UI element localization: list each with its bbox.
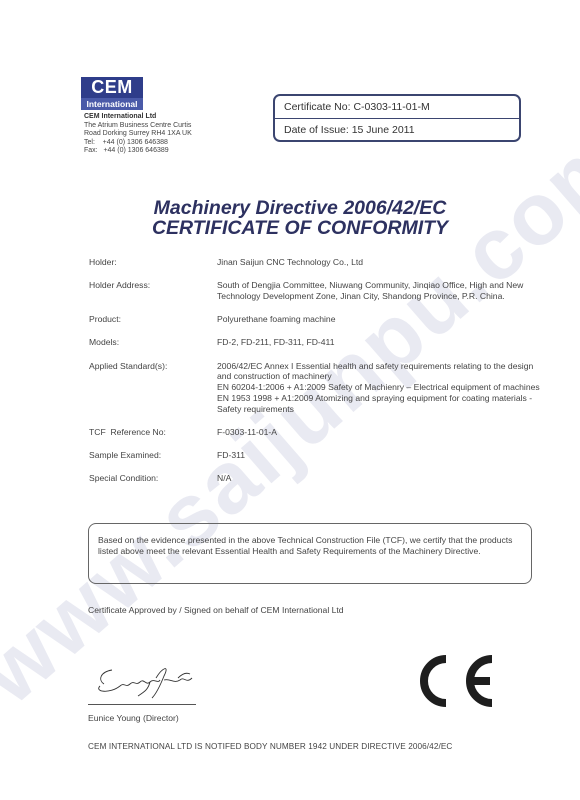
detail-value-line: EN 60204-1:2006 + A1:2009 Safety of Mach…: [217, 382, 549, 393]
detail-value-line: F-0303-11-01-A: [217, 427, 549, 438]
detail-value-line: Polyurethane foaming machine: [217, 314, 549, 325]
signature-image: [90, 662, 200, 702]
detail-row: Product:Polyurethane foaming machine: [89, 314, 549, 325]
certificate-info-box: Certificate No: C-0303-11-01-M Date of I…: [273, 94, 521, 142]
detail-label: Sample Examined:: [89, 450, 217, 461]
detail-value-line: N/A: [217, 473, 549, 484]
detail-label: Models:: [89, 337, 217, 348]
signer-name: Eunice Young (Director): [88, 713, 179, 723]
certificate-details: Holder:Jinan Saijun CNC Technology Co., …: [89, 257, 549, 496]
certificate-number: Certificate No: C-0303-11-01-M: [275, 96, 519, 118]
detail-label: Special Condition:: [89, 473, 217, 484]
ce-mark-icon: [410, 653, 498, 709]
issuer-address: CEM International Ltd The Atrium Busines…: [84, 113, 192, 156]
detail-label: TCF Reference No:: [89, 427, 217, 438]
signature-line: [88, 704, 196, 705]
detail-label: Holder:: [89, 257, 217, 268]
detail-value: Jinan Saijun CNC Technology Co., Ltd: [217, 257, 549, 268]
detail-label: Applied Standard(s):: [89, 361, 217, 415]
detail-value-line: FD-2, FD-211, FD-311, FD-411: [217, 337, 549, 348]
detail-value-line: Jinan Saijun CNC Technology Co., Ltd: [217, 257, 549, 268]
detail-row: Special Condition:N/A: [89, 473, 549, 484]
notified-body-footer: CEM INTERNATIONAL LTD IS NOTIFED BODY NU…: [88, 742, 452, 751]
detail-row: Applied Standard(s):2006/42/EC Annex I E…: [89, 361, 549, 415]
detail-label: Holder Address:: [89, 280, 217, 302]
detail-row: Holder Address:South of Dengjia Committe…: [89, 280, 549, 302]
address-line: Road Dorking Surrey RH4 1XA UK: [84, 130, 192, 139]
certificate-title: CERTIFICATE OF CONFORMITY: [0, 217, 580, 240]
fax-line: Fax: +44 (0) 1306 646389: [84, 147, 192, 156]
detail-value: Polyurethane foaming machine: [217, 314, 549, 325]
detail-value: FD-2, FD-211, FD-311, FD-411: [217, 337, 549, 348]
detail-value: N/A: [217, 473, 549, 484]
detail-row: Models:FD-2, FD-211, FD-311, FD-411: [89, 337, 549, 348]
address-line: The Atrium Business Centre Curtis: [84, 122, 192, 131]
detail-row: Sample Examined:FD-311: [89, 450, 549, 461]
detail-value: South of Dengjia Committee, Niuwang Comm…: [217, 280, 549, 302]
detail-row: TCF Reference No:F-0303-11-01-A: [89, 427, 549, 438]
certification-statement: Based on the evidence presented in the a…: [88, 523, 532, 584]
issuer-company: CEM International Ltd: [84, 113, 192, 122]
cem-logo: CEM International: [81, 77, 143, 110]
phone-line: Tel: +44 (0) 1306 646388: [84, 139, 192, 148]
detail-value-line: 2006/42/EC Annex I Essential health and …: [217, 361, 549, 383]
logo-sub-text: International: [81, 98, 143, 110]
approval-text: Certificate Approved by / Signed on beha…: [88, 605, 344, 615]
detail-value-line: EN 1953 1998 + A1:2009 Atomizing and spr…: [217, 393, 549, 415]
certificate-page: CEM International CEM International Ltd …: [0, 0, 580, 800]
logo-main-text: CEM: [81, 78, 143, 97]
date-of-issue: Date of Issue: 15 June 2011: [275, 118, 519, 141]
detail-value: F-0303-11-01-A: [217, 427, 549, 438]
detail-value-line: South of Dengjia Committee, Niuwang Comm…: [217, 280, 549, 302]
detail-label: Product:: [89, 314, 217, 325]
detail-value-line: FD-311: [217, 450, 549, 461]
detail-value: 2006/42/EC Annex I Essential health and …: [217, 361, 549, 415]
detail-row: Holder:Jinan Saijun CNC Technology Co., …: [89, 257, 549, 268]
detail-value: FD-311: [217, 450, 549, 461]
